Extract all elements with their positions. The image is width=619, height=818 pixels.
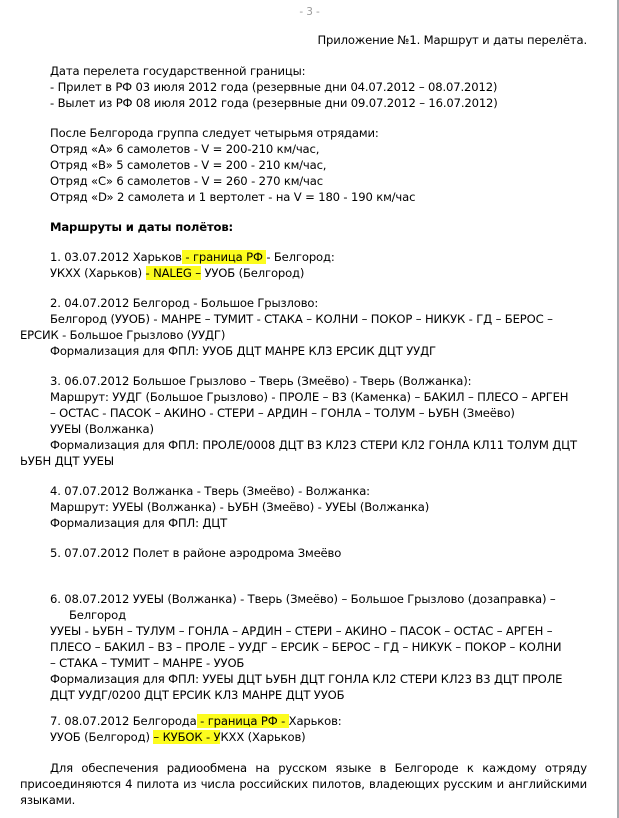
closing-paragraph: Для обеспечения радиообмена на русском я… — [20, 760, 587, 808]
route-6-path-line-1: УУЕЫ - ЬУБН – ТУЛУМ – ГОНЛА – АРДИН – СТ… — [50, 624, 552, 638]
route-3-fpl-line-1: Формализация для ФПЛ: ПРОЛЕ/0008 ДЦТ В3 … — [50, 438, 577, 452]
route-2-path-line-2: ЕРСИК - Большое Грызлово (УУДГ) — [20, 328, 225, 342]
route-4-path: Маршрут: УУЕЫ (Волжанка) - ЬУБН (Змеёво)… — [50, 500, 429, 514]
route-3-path-line-1: Маршрут: УУДГ (Большое Грызлово) - ПРОЛЕ… — [50, 390, 568, 404]
route-1-title-highlight: - граница РФ — [182, 250, 266, 264]
route-7-path-post: КХХ (Харьков) — [220, 730, 305, 744]
squadron-item: Отряд «В» 5 самолетов - V = 200 - 210 км… — [50, 158, 326, 172]
route-1-path-post: УУОБ (Белгород) — [201, 266, 304, 280]
route-6-path-line-3: – СТАКА – ТУМИТ – МАНРЕ - УУОБ — [50, 656, 244, 670]
route-5-title: 5. 07.07.2012 Полет в районе аэродрома З… — [50, 546, 341, 560]
route-4-title: 4. 07.07.2012 Волжанка - Тверь (Змеёво) … — [50, 484, 370, 498]
border-crossing-heading: Дата перелета государственной границы: — [50, 64, 305, 78]
appendix-title: Приложение №1. Маршрут и даты перелёта. — [317, 33, 587, 47]
squadron-item: Отряд «А» 6 самолетов - V = 200-210 км/ч… — [50, 142, 319, 156]
route-1-path-highlight: - NALEG – — [146, 266, 201, 280]
route-3-title: 3. 06.07.2012 Большое Грызлово – Тверь (… — [50, 374, 471, 388]
route-7-title-pre: 7. 08.07.2012 Белгорода — [50, 714, 197, 728]
route-2-title: 2. 04.07.2012 Белгород - Большое Грызлов… — [50, 296, 318, 310]
route-7-path-highlight: – КУБОК - У — [153, 730, 220, 744]
route-6-path-line-2: ПЛЕСО – БАКИЛ – В3 – ПРОЛЕ – УУДГ – ЕРСИ… — [50, 640, 561, 654]
route-6-title-line-1: 6. 08.07.2012 УУЕЫ (Волжанка) - Тверь (З… — [50, 592, 556, 606]
border-arrival: - Прилет в РФ 03 июля 2012 года (резервн… — [50, 80, 497, 94]
route-1-path: УКХХ (Харьков) - NALEG – УУОБ (Белгород) — [50, 266, 304, 280]
route-4-fpl: Формализация для ФПЛ: ДЦТ — [50, 516, 227, 530]
route-1-title-post: - Белгород: — [266, 250, 334, 264]
route-2-path-line-1: Белгород (УУОБ) - МАНРЕ – ТУМИТ - СТАКА … — [50, 312, 553, 326]
route-1-path-pre: УКХХ (Харьков) — [50, 266, 146, 280]
page-number: - 3 - — [0, 6, 619, 18]
routes-heading: Маршруты и даты полётов: — [50, 220, 233, 234]
route-1-title: 1. 03.07.2012 Харьков - граница РФ - Бел… — [50, 250, 335, 264]
route-1-title-pre: 1. 03.07.2012 Харьков — [50, 250, 182, 264]
route-3-path-line-2: – ОСТАС - ПАСОК – АКИНО - СТЕРИ – АРДИН … — [50, 406, 515, 420]
squadron-item: Отряд «D» 2 самолета и 1 вертолет - на V… — [50, 190, 415, 204]
border-departure: - Вылет из РФ 08 июля 2012 года (резервн… — [50, 96, 498, 110]
route-3-fpl-line-2: ЬУБН ДЦТ УУЕЫ — [20, 454, 114, 468]
route-7-title: 7. 08.07.2012 Белгорода - граница РФ - Х… — [50, 714, 342, 728]
route-6-fpl-line-2: ДЦТ УУДГ/0200 ДЦТ ЕРСИК КЛ3 МАНРЕ ДЦТ УУ… — [50, 688, 344, 702]
route-2-fpl: Формализация для ФПЛ: УУОБ ДЦТ МАНРЕ КЛ3… — [50, 344, 436, 358]
route-7-title-post: Харьков: — [289, 714, 342, 728]
route-3-path-line-3: УУЕЫ (Волжанка) — [50, 422, 154, 436]
route-6-fpl-line-1: Формализация для ФПЛ: УУЕЫ ДЦТ ЬУБН ДЦТ … — [50, 672, 562, 686]
route-6-title-line-2: Белгород — [69, 608, 126, 622]
route-7-path-pre: УУОБ (Белгород) — [50, 730, 153, 744]
route-7-path: УУОБ (Белгород) – КУБОК - УКХХ (Харьков) — [50, 730, 306, 744]
squadrons-heading: После Белгорода группа следует четырьмя … — [50, 126, 379, 140]
route-7-title-highlight: - граница РФ - — [197, 714, 289, 728]
squadron-item: Отряд «С» 6 самолетов - V = 260 - 270 км… — [50, 174, 323, 188]
